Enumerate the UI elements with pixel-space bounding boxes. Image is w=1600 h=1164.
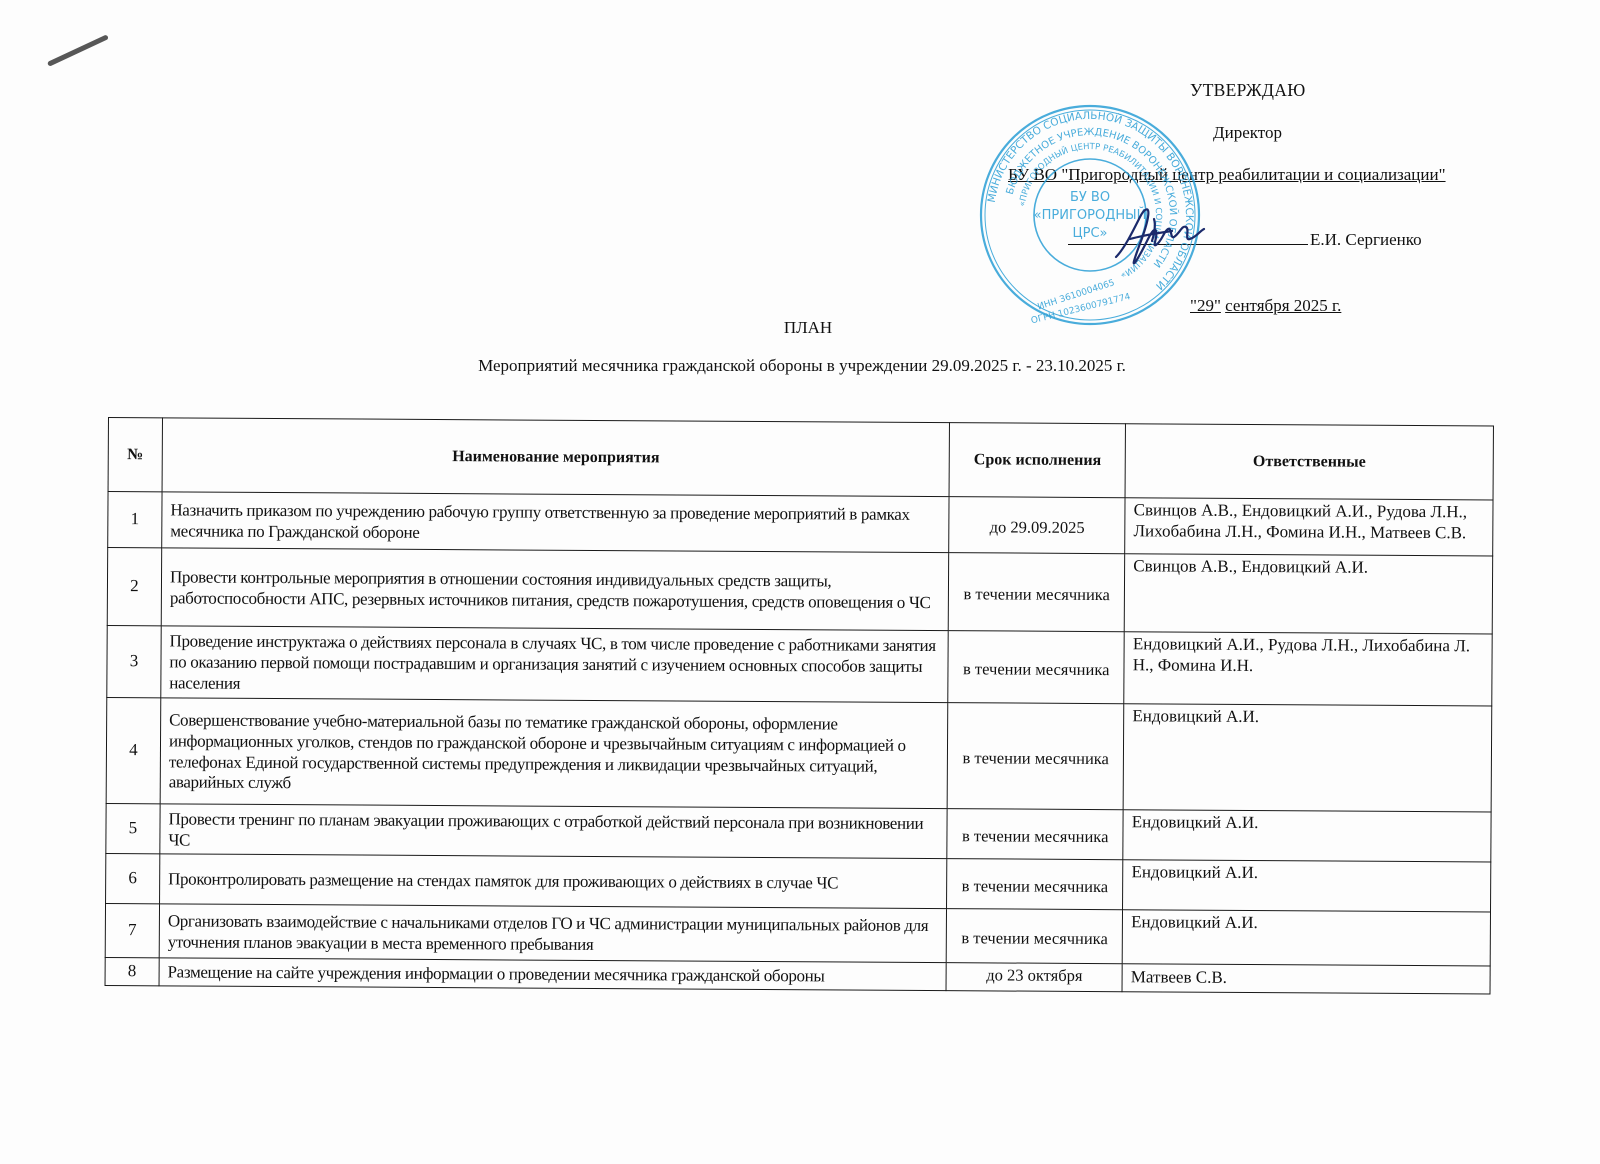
- row-name: Назначить приказом по учреждению рабочую…: [162, 492, 950, 553]
- table-row: 2 Провести контрольные мероприятия в отн…: [107, 548, 1492, 634]
- row-name: Проконтролировать размещение на стендах …: [159, 854, 947, 909]
- stamp-outer-text: МИНИСТЕРСТВО СОЦИАЛЬНОЙ ЗАЩИТЫ ВОРОНЕЖСК…: [986, 110, 1195, 292]
- plan-table: № Наименование мероприятия Срок исполнен…: [105, 417, 1494, 994]
- document-title: ПЛАН: [0, 318, 1600, 338]
- row-term: до 23 октября: [946, 963, 1122, 992]
- table-row: 4 Совершенствование учебно-материальной …: [106, 697, 1492, 811]
- row-responsible: Ендовицкий А.И.: [1123, 860, 1491, 912]
- approval-date: "29" сентября 2025 г.: [1190, 296, 1341, 316]
- svg-text:«ПРИГОРОДНЫЙ ЦЕНТР РЕАБИЛИТАЦИ: «ПРИГОРОДНЫЙ ЦЕНТР РЕАБИЛИТАЦИИ И СОЦИАЛ…: [1018, 142, 1164, 280]
- table-row: 1 Назначить приказом по учреждению рабоч…: [108, 492, 1493, 556]
- handwritten-signature-icon: [1110, 195, 1210, 275]
- header-name: Наименование мероприятия: [162, 418, 950, 497]
- row-num: 8: [105, 957, 159, 985]
- stamp-center-line3: ЦРС»: [1073, 226, 1108, 241]
- svg-text:БЮДЖЕТНОЕ УЧРЕЖДЕНИЕ ВОРОНЕЖСК: БЮДЖЕТНОЕ УЧРЕЖДЕНИЕ ВОРОНЕЖСКОЙ ОБЛАСТИ: [1005, 127, 1180, 269]
- row-num: 3: [107, 625, 161, 697]
- official-stamp-icon: МИНИСТЕРСТВО СОЦИАЛЬНОЙ ЗАЩИТЫ ВОРОНЕЖСК…: [978, 103, 1202, 327]
- row-term: в течении месячника: [947, 909, 1123, 964]
- pen-mark-artifact: [47, 34, 109, 66]
- row-name: Провести тренинг по планам эвакуации про…: [160, 804, 948, 859]
- signature-line: [1068, 244, 1308, 245]
- stamp-middle-text: БЮДЖЕТНОЕ УЧРЕЖДЕНИЕ ВОРОНЕЖСКОЙ ОБЛАСТИ: [1005, 127, 1180, 269]
- table-row: 5 Провести тренинг по планам эвакуации п…: [106, 803, 1491, 861]
- row-name: Совершенствование учебно-материальной ба…: [160, 698, 948, 809]
- approval-position: Директор: [1213, 123, 1282, 143]
- row-responsible: Ендовицкий А.И.: [1122, 910, 1490, 966]
- row-term: в течении месячника: [947, 809, 1123, 860]
- row-responsible: Ендовицкий А.И.: [1123, 810, 1491, 862]
- header-responsible: Ответственные: [1125, 424, 1493, 500]
- approval-date-rest: сентября 2025 г.: [1225, 296, 1341, 315]
- row-name: Размещение на сайте учреждения информаци…: [159, 958, 947, 991]
- row-responsible: Матвеев С.В.: [1122, 964, 1490, 994]
- table-row: 6 Проконтролировать размещение на стенда…: [106, 853, 1491, 911]
- row-responsible: Свинцов А.В., Ендовицкий А.И.: [1124, 554, 1492, 634]
- approval-title: УТВЕРЖДАЮ: [1190, 80, 1306, 100]
- svg-text:МИНИСТЕРСТВО СОЦИАЛЬНОЙ ЗАЩИТЫ: МИНИСТЕРСТВО СОЦИАЛЬНОЙ ЗАЩИТЫ ВОРОНЕЖСК…: [986, 110, 1195, 292]
- stamp-inn: ИНН 3610004065: [1036, 278, 1116, 312]
- row-name: Организовать взаимодействие с начальника…: [159, 904, 947, 963]
- stamp-center-line1: БУ ВО: [1070, 190, 1110, 205]
- row-num: 2: [107, 548, 161, 626]
- row-name: Провести контрольные мероприятия в отнош…: [161, 548, 949, 631]
- document-subtitle: Мероприятий месячника гражданской оборон…: [0, 356, 1600, 376]
- approval-organization: БУ ВО "Пригородный центр реабилитации и …: [1008, 165, 1446, 185]
- row-responsible: Ендовицкий А.И., Рудова Л.Н., Лихобабина…: [1124, 632, 1492, 706]
- approval-signatory: Е.И. Сергиенко: [1310, 230, 1422, 250]
- stamp-inner-text: «ПРИГОРОДНЫЙ ЦЕНТР РЕАБИЛИТАЦИИ И СОЦИАЛ…: [1018, 142, 1164, 280]
- row-responsible: Ендовицкий А.И.: [1123, 704, 1491, 812]
- table-row: 3 Проведение инструктажа о действиях пер…: [107, 625, 1492, 705]
- row-term: в течении месячника: [948, 631, 1124, 704]
- row-term: до 29.09.2025: [949, 497, 1125, 554]
- row-term: в течении месячника: [949, 553, 1125, 632]
- header-term: Срок исполнения: [949, 423, 1125, 498]
- table-row: 7 Организовать взаимодействие с начальни…: [105, 903, 1490, 965]
- row-num: 6: [106, 853, 160, 903]
- row-num: 5: [106, 803, 160, 853]
- row-num: 7: [105, 903, 159, 957]
- stamp-center-line2: «ПРИГОРОДНЫЙ: [1034, 207, 1147, 223]
- row-responsible: Свинцов А.В., Ендовицкий А.И., Рудова Л.…: [1125, 498, 1493, 556]
- header-num: №: [108, 418, 162, 492]
- row-num: 4: [106, 697, 161, 803]
- approval-date-day: "29": [1190, 296, 1221, 315]
- row-term: в течении месячника: [947, 703, 1124, 810]
- row-name: Проведение инструктажа о действиях персо…: [161, 626, 949, 703]
- row-term: в течении месячника: [947, 859, 1123, 910]
- document-page: УТВЕРЖДАЮ Директор БУ ВО "Пригородный це…: [0, 0, 1600, 1164]
- table-header-row: № Наименование мероприятия Срок исполнен…: [108, 418, 1493, 500]
- row-num: 1: [108, 492, 162, 548]
